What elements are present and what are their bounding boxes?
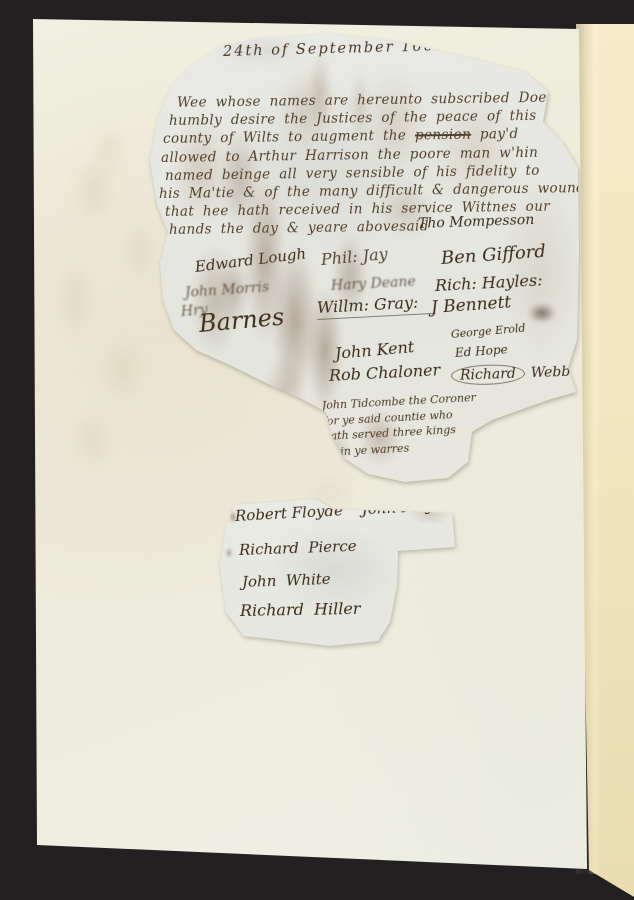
- fragment2-signature-line: Robert Floyde John Floyer: [235, 496, 451, 525]
- petition-date-heading: 24th of September 1661: [223, 38, 447, 60]
- signatures-fragment-wrap: Robert Floyde John Floyer Richard Pierce…: [215, 495, 465, 655]
- fragment2-signature-line: Richard Hiller: [240, 599, 361, 620]
- signature: Rob Chaloner: [329, 360, 441, 385]
- circled-name: Richard: [451, 363, 526, 386]
- petition-line-text: pay'd: [471, 126, 519, 143]
- manuscript-page: 24th of September 1661 Wee whose names a…: [0, 0, 634, 900]
- signature: Phil: Jay: [320, 244, 388, 269]
- signature: Willm: Gray:: [316, 292, 435, 320]
- signature: John Kent: [334, 337, 415, 363]
- signature: George Erold: [450, 322, 526, 341]
- coroner-note: John Tidcombe the Coroner for ye said co…: [321, 390, 478, 460]
- signature: John Morris: [184, 279, 269, 301]
- photo-backdrop: 24th of September 1661 Wee whose names a…: [0, 0, 634, 900]
- petition-fragment: 24th of September 1661 Wee whose names a…: [145, 30, 585, 490]
- signature: Barnes: [198, 303, 286, 338]
- signature: Hary Deane: [331, 274, 416, 294]
- fragment2-signature-line: Richard Pierce: [239, 537, 357, 559]
- fragment2-signature-line: John White: [242, 570, 331, 591]
- surname: Webb: [531, 364, 571, 381]
- signature: Edward Lough: [194, 244, 307, 275]
- petition-fragment-wrap: 24th of September 1661 Wee whose names a…: [145, 30, 585, 490]
- signature: J Bennett: [430, 292, 512, 318]
- petition-line-text: county of Wilts to augment the: [163, 128, 415, 148]
- signature-webb: RichardWebb: [451, 362, 571, 386]
- signature: Ben Gifford: [440, 241, 546, 269]
- signature: Rich: Hayles:: [435, 270, 543, 295]
- signatures-fragment: Robert Floyde John Floyer Richard Pierce…: [215, 495, 465, 655]
- signature: Ed Hope: [455, 342, 509, 360]
- struck-word: pension: [415, 127, 471, 144]
